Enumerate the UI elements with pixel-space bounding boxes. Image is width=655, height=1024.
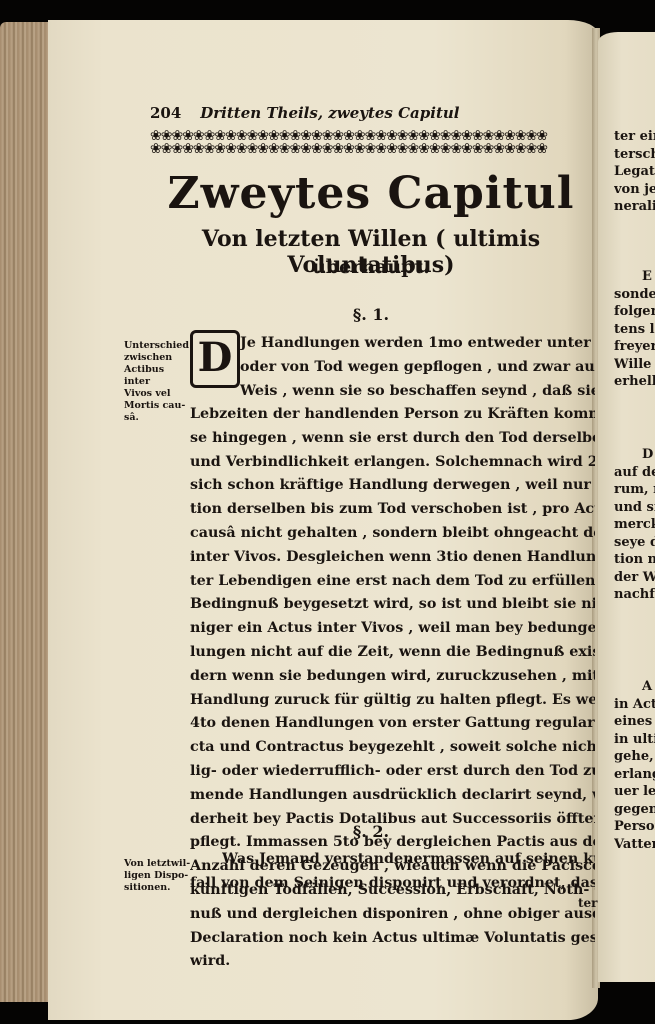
text-line: lungen nicht auf die Zeit, wenn die Bedi… (190, 641, 595, 665)
text-line: Handlung zuruck für gültig zu halten pfl… (190, 689, 595, 713)
facing-text-line: ter ein (614, 128, 655, 146)
margin-note-2: Von letztwil- ligen Dispo- sitionen. (124, 858, 192, 894)
facing-text-line: folgend (614, 303, 655, 321)
text-line: Bedingnuß beygesetzt wird, so ist und bl… (190, 593, 595, 617)
facing-text-line: erhellet. (614, 373, 655, 391)
facing-text-line: Wille s (614, 356, 655, 374)
running-head-title: Dritten Theils, zweytes Capitul (200, 104, 459, 122)
facing-text-line: terschie (614, 146, 655, 164)
page-stack-edges (0, 22, 50, 1002)
text-line: inter Vivos. Desgleichen wenn 3tio denen… (190, 546, 595, 570)
text-line: sich schon kräftige Handlung derwegen , … (190, 474, 595, 498)
facing-text-line: und sic (614, 499, 655, 517)
facing-text-line: gehe, es (614, 748, 655, 766)
text-line: tion derselben bis zum Tod verschoben is… (190, 498, 595, 522)
facing-page-block-1: ter ein terschie Legat, von jet neralia (614, 128, 655, 216)
section-1-opening: Je Handlungen werden 1mo entweder unter … (240, 332, 595, 403)
facing-text-line: uer letz (614, 783, 655, 801)
section-2-opening: Was Jemand verstandenermassen auf seinen… (222, 848, 595, 872)
margin-note-1: Unterschied zwischen Actibus inter Vivos… (124, 340, 192, 424)
facing-text-line: mercklic (614, 516, 655, 534)
facing-text-line: tens le (614, 321, 655, 339)
margin-note-line: sitionen. (124, 882, 192, 894)
catchword: ter (578, 896, 598, 910)
facing-text-line: E (614, 268, 655, 286)
text-line: fall von dem Seinigen disponirt und vero… (190, 872, 595, 896)
facing-text-line: tion ni (614, 551, 655, 569)
ornamental-border: ❀❀❀❀❀❀❀❀❀❀❀❀❀❀❀❀❀❀❀❀❀❀❀❀❀❀❀❀❀❀❀❀❀❀❀❀❀ ❀❀… (150, 130, 592, 160)
facing-text-line: neralia (614, 198, 655, 216)
facing-text-line: rum, n (614, 481, 655, 499)
facing-text-line: von jet (614, 181, 655, 199)
chapter-title: Zweytes Capitul (150, 168, 592, 219)
running-head: 204 Dritten Theils, zweytes Capitul (150, 104, 600, 122)
facing-text-line: A (614, 678, 655, 696)
chapter-subtitle-cont: überhaupt. (150, 256, 592, 278)
facing-text-line: erlangte (614, 766, 655, 784)
margin-note-line: Unterschied (124, 340, 192, 352)
facing-text-line: eines a (614, 713, 655, 731)
facing-text-line: nachfolg (614, 586, 655, 604)
text-line: lig- oder wiederrufflich- oder erst durc… (190, 760, 595, 784)
margin-note-line: sâ. (124, 412, 192, 424)
page-number: 204 (150, 104, 195, 122)
facing-text-line: gegen b (614, 801, 655, 819)
text-line: Je Handlungen werden 1mo entweder unter … (240, 332, 595, 356)
margin-note-line: Actibus inter (124, 364, 192, 388)
facing-page-block-2: E sondere folgend tens le freyer , Wille… (614, 268, 655, 391)
text-line: Lebzeiten der handlenden Person zu Kräft… (190, 403, 595, 427)
text-line: Weis , wenn sie so beschaffen seynd , da… (240, 380, 595, 404)
facing-text-line: Person (614, 818, 655, 836)
text-line: 4to denen Handlungen von erster Gattung … (190, 712, 595, 736)
text-line: mende Handlungen ausdrücklich declarirt … (190, 784, 595, 808)
text-line: dern wenn sie bedungen wird, zuruckzuseh… (190, 665, 595, 689)
text-line: cta und Contractus beygezehlt , soweit s… (190, 736, 595, 760)
facing-text-line: Legat, (614, 163, 655, 181)
text-line: wird. (190, 950, 595, 974)
facing-text-line: in ultir (614, 731, 655, 749)
text-line: oder von Tod wegen gepflogen , und zwar … (240, 356, 595, 380)
section-2-body: fall von dem Seinigen disponirt und vero… (190, 872, 595, 896)
margin-note-line: ligen Dispo- (124, 870, 192, 882)
ornament-row-2: ❀❀❀❀❀❀❀❀❀❀❀❀❀❀❀❀❀❀❀❀❀❀❀❀❀❀❀❀❀❀❀❀❀❀❀❀❀ (150, 143, 592, 156)
facing-text-line: sondere (614, 286, 655, 304)
facing-text-line: freyer , (614, 338, 655, 356)
facing-text-line: in Acti (614, 696, 655, 714)
text-line: nuß und dergleichen disponiren , ohne ob… (190, 903, 595, 927)
text-line: Was Jemand verstandenermassen auf seinen… (222, 848, 595, 872)
text-line: se hingegen , wenn sie erst durch den To… (190, 427, 595, 451)
facing-text-line: seye da (614, 534, 655, 552)
margin-note-line: Vivos vel (124, 388, 192, 400)
text-line: Declaration noch kein Actus ultimæ Volun… (190, 927, 595, 951)
facing-text-line: D (614, 446, 655, 464)
margin-note-line: Mortis cau- (124, 400, 192, 412)
dropcap-initial: D (190, 330, 240, 388)
margin-note-line: Von letztwil- (124, 858, 192, 870)
facing-page-block-4: A in Acti eines a in ultir gehe, es erla… (614, 678, 655, 853)
text-line: und Verbindlichkeit erlangen. Solchemnac… (190, 451, 595, 475)
section-2-mark: §. 2. (150, 822, 592, 841)
facing-text-line: der Wi (614, 569, 655, 587)
section-1-mark: §. 1. (150, 305, 592, 324)
facing-text-line: auf der (614, 464, 655, 482)
margin-note-line: zwischen (124, 352, 192, 364)
facing-text-line: Vatters (614, 836, 655, 854)
text-line: causâ nicht gehalten , sondern bleibt oh… (190, 522, 595, 546)
text-line: niger ein Actus inter Vivos , weil man b… (190, 617, 595, 641)
text-line: ter Lebendigen eine erst nach dem Tod zu… (190, 570, 595, 594)
facing-page-block-3: D auf der rum, n und sic mercklic seye d… (614, 446, 655, 604)
